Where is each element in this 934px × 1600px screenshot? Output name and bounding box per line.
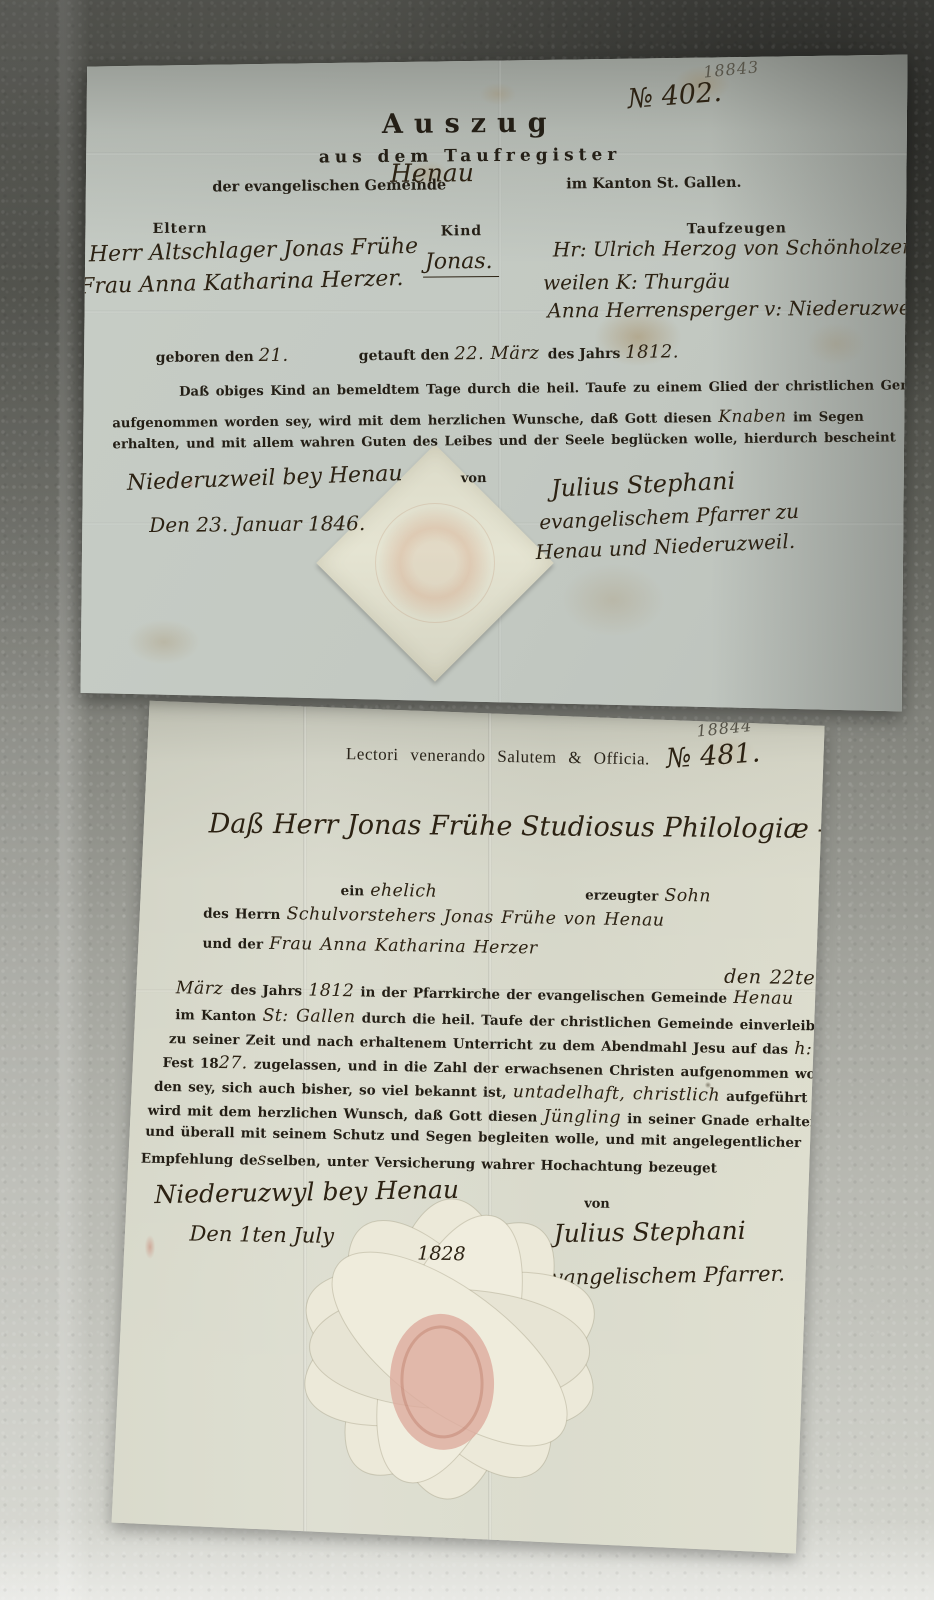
signature-title: evangelischem Pfarrer zu: [539, 499, 800, 534]
year-field: des Jahrs 1812.: [548, 341, 679, 363]
body-line: des Herrn Schulvorstehers Jonas Frühe vo…: [203, 903, 665, 931]
column-header-eltern: Eltern: [153, 220, 208, 236]
signature-place: Niederuzweil bey Henau: [126, 461, 403, 496]
paper-rosette-seal: [280, 1179, 620, 1519]
signature-date: Den 23. Januar 1846.: [149, 511, 365, 537]
signature-name: Julius Stephani: [550, 467, 735, 503]
paper-sheet-top: 18843 № 402. Auszug aus dem Taufregister…: [78, 52, 910, 714]
kanton-text: im Kanton St. Gallen.: [566, 174, 741, 193]
body-line: erhalten, und mit allem wahren Guten des…: [112, 430, 895, 452]
column-header-kind: Kind: [441, 223, 483, 239]
archive-number-pencil: 18844: [696, 716, 754, 741]
taufzeugen-entry: Anna Herrensperger v: Niederuzweil: [547, 295, 923, 322]
body-line: und der Frau Anna Katharina Herzer: [202, 933, 537, 959]
von-label: von: [461, 471, 487, 486]
document-title: Auszug: [76, 105, 864, 143]
signature-year: 1828: [417, 1242, 466, 1265]
taufzeugen-entry: Hr: Ulrich Herzog von Schönholzer,: [553, 234, 916, 261]
eltern-entry: Frau Anna Katharina Herzer.: [79, 266, 404, 299]
eltern-entry: Herr Altschlager Jonas Frühe: [89, 234, 419, 268]
body-line: März des Jahrs 1812 in der Pfarrkirche d…: [176, 978, 794, 1009]
body-line: ein ehelicherzeugter Sohn: [340, 880, 711, 906]
document-lectori-venerando: 18844 № 481. Lectori venerando Salutem &…: [108, 693, 826, 1557]
paper-sheet-bottom: 18844 № 481. Lectori venerando Salutem &…: [108, 693, 826, 1557]
opening-line-handwritten: Daß Herr Jonas Frühe Studiosus Philologi…: [209, 808, 827, 844]
body-line: den 22ten: [724, 965, 828, 990]
baptism-date-field: getauft den 22. März: [359, 343, 540, 366]
taufzeugen-entry: weilen K: Thurgäu: [543, 269, 730, 295]
signature-place-line: Henau und Niederuzweil.: [535, 529, 796, 564]
body-line: aufgenommen worden sey, wird mit dem her…: [112, 405, 864, 432]
photo-scene: 18844 № 481. Lectori venerando Salutem &…: [0, 0, 934, 1600]
birth-date-field: geboren den 21.: [156, 345, 289, 367]
kind-entry: Jonas.: [423, 249, 499, 278]
document-taufregister-auszug: 18843 № 402. Auszug aus dem Taufregister…: [78, 52, 910, 714]
body-line: Empfehlung desselben, unter Versicherung…: [141, 1148, 717, 1178]
gemeinde-name-handwritten: Henau: [390, 158, 474, 188]
document-title: Lectori venerando Salutem & Officia.: [110, 740, 886, 774]
body-line: Daß obiges Kind an bemeldtem Tage durch …: [179, 378, 934, 400]
